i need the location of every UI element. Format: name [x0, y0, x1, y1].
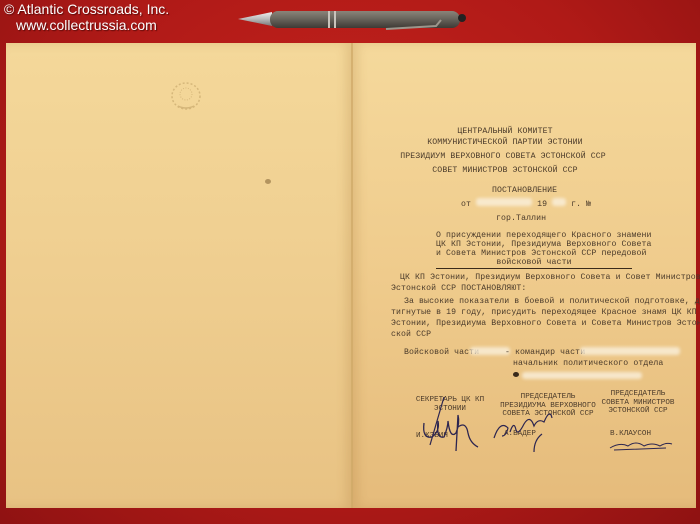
date-suffix: г. №: [571, 200, 591, 209]
ink-dot: [513, 372, 519, 377]
body-line-4: ской ССР: [391, 329, 431, 340]
subject-line-4: войсковой части: [436, 257, 632, 269]
preamble-line-1: ЦК КП Эстонии, Президиум Верховного Сове…: [400, 272, 700, 283]
watermark-copyright: © Atlantic Crossroads, Inc.: [4, 1, 169, 17]
document-date: от 19 г. №: [461, 198, 591, 210]
pen-image: [236, 6, 468, 32]
date-redacted: [476, 198, 532, 206]
body-line-3: Эстонии, Президиума Верховного Совета и …: [391, 318, 700, 329]
signature-3-icon: [606, 436, 676, 456]
emblem-embossed-icon: [168, 80, 204, 112]
political-officer-redacted: [522, 372, 642, 379]
unit-label: Войсковой части: [404, 347, 479, 358]
watermark-url: www.collectrussia.com: [4, 17, 169, 33]
document-title: ПОСТАНОВЛЕНИЕ: [492, 185, 557, 196]
signature-1-icon: [418, 393, 488, 461]
signature-2-icon: [490, 400, 562, 460]
header-line-4: СОВЕТ МИНИСТРОВ ЭСТОНСКОЙ ССР: [420, 165, 590, 176]
page-fold: [351, 43, 353, 508]
watermark: © Atlantic Crossroads, Inc. www.collectr…: [4, 1, 169, 33]
year-redacted: [552, 198, 566, 206]
commander-name-redacted: [580, 347, 680, 355]
signatory-3-title: ПРЕДСЕДАТЕЛЬ СОВЕТА МИНИСТРОВ ЭСТОНСКОЙ …: [588, 390, 688, 416]
preamble-line-2: Эстонской ССР ПОСТАНОВЛЯЮТ:: [391, 283, 526, 294]
document-left-page: [6, 43, 352, 508]
paper-speck: [265, 179, 271, 184]
body-line-2: тигнутые в 19 году, присудить переходяще…: [391, 307, 697, 318]
body-line-1: За высокие показатели в боевой и политич…: [404, 296, 700, 307]
unit-number-redacted: [470, 347, 510, 355]
date-year: 19: [537, 200, 547, 209]
commander-label: - командир части: [505, 347, 585, 358]
city: гор.Таллин: [496, 213, 546, 224]
political-officer-label: начальник политического отдела: [513, 358, 663, 369]
date-prefix: от: [461, 200, 471, 209]
header-line-2: КОММУНИСТИЧЕСКОЙ ПАРТИИ ЭСТОНИИ: [420, 137, 590, 148]
header-line-3: ПРЕЗИДИУМ ВЕРХОВНОГО СОВЕТА ЭСТОНСКОЙ СС…: [398, 151, 608, 162]
header-line-1: ЦЕНТРАЛЬНЫЙ КОМИТЕТ: [420, 126, 590, 137]
